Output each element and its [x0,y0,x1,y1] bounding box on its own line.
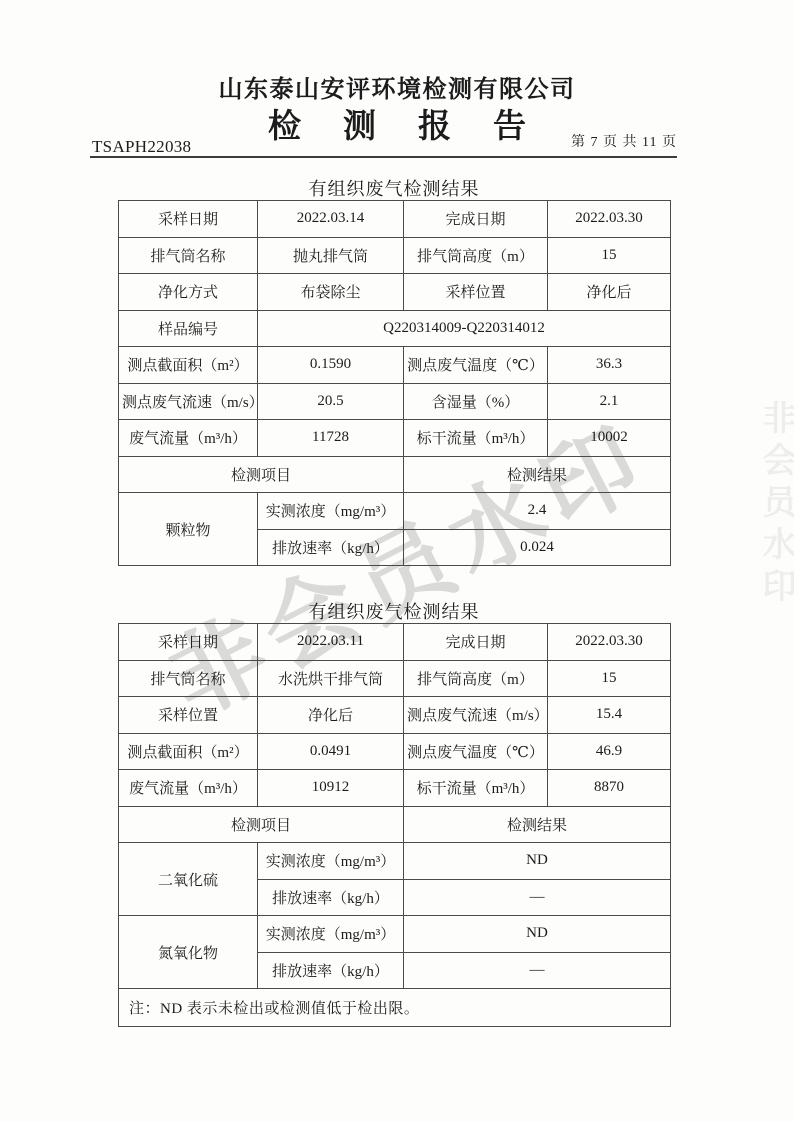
label-cell: 测点废气温度（℃） [404,347,548,384]
value-cell: 0.1590 [258,347,404,384]
organized-gas-results-table-1: 采样日期 2022.03.14 完成日期 2022.03.30 排气筒名称 抛丸… [118,200,671,566]
label-cell: 废气流量（m³/h） [119,770,258,807]
section-header-cell: 检测结果 [404,456,671,493]
value-cell: 布袋除尘 [258,274,404,311]
report-page: 非会员水印 非会员水印 山东泰山安评环境检测有限公司 检测报告 TSAPH220… [0,0,794,1122]
table-row: 采样日期 2022.03.11 完成日期 2022.03.30 [119,624,671,661]
value-cell: 净化后 [548,274,671,311]
value-cell: 15 [548,237,671,274]
organized-gas-results-table-2: 采样日期 2022.03.11 完成日期 2022.03.30 排气筒名称 水洗… [118,623,671,1027]
value-cell: 8870 [548,770,671,807]
value-cell: 水洗烘干排气筒 [258,660,404,697]
table-row: 排气筒名称 水洗烘干排气筒 排气筒高度（m） 15 [119,660,671,697]
value-cell: 46.9 [548,733,671,770]
label-cell: 测点废气温度（℃） [404,733,548,770]
label-cell: 完成日期 [404,201,548,238]
label-cell: 采样日期 [119,201,258,238]
label-cell: 测点废气流速（m/s） [119,383,258,420]
table-row: 氮氧化物 实测浓度（mg/m³） ND [119,916,671,953]
value-cell: 36.3 [548,347,671,384]
right-edge-watermark-fragment: 非会员水印 [752,400,794,610]
label-cell: 采样日期 [119,624,258,661]
merged-value-cell: 2.4 [404,493,671,530]
label-cell: 实测浓度（mg/m³） [258,493,404,530]
section-header-cell: 检测项目 [119,456,404,493]
table-row: 净化方式 布袋除尘 采样位置 净化后 [119,274,671,311]
note-cell: 注：ND 表示未检出或检测值低于检出限。 [119,989,671,1027]
value-cell: 15 [548,660,671,697]
value-cell: 净化后 [258,697,404,734]
value-cell: 20.5 [258,383,404,420]
table-row: 颗粒物 实测浓度（mg/m³） 2.4 [119,493,671,530]
table-row: 废气流量（m³/h） 10912 标干流量（m³/h） 8870 [119,770,671,807]
label-cell: 测点废气流速（m/s） [404,697,548,734]
merged-value-cell: ND [404,843,671,880]
merged-value-cell: ND [404,916,671,953]
label-cell: 标干流量（m³/h） [404,420,548,457]
label-cell: 排气筒名称 [119,660,258,697]
section-header-cell: 检测项目 [119,806,404,843]
table-row: 废气流量（m³/h） 11728 标干流量（m³/h） 10002 [119,420,671,457]
label-cell: 净化方式 [119,274,258,311]
table-row: 排气筒名称 抛丸排气筒 排气筒高度（m） 15 [119,237,671,274]
label-cell: 排放速率（kg/h） [258,879,404,916]
merged-value-cell: 0.024 [404,529,671,566]
page-number: 第 7 页 共 11 页 [90,131,677,151]
label-cell: 排气筒名称 [119,237,258,274]
label-cell: 标干流量（m³/h） [404,770,548,807]
value-cell: 抛丸排气筒 [258,237,404,274]
table1-title: 有组织废气检测结果 [118,175,670,201]
table-row: 二氧化硫 实测浓度（mg/m³） ND [119,843,671,880]
value-cell: 2022.03.11 [258,624,404,661]
header-divider [90,156,677,158]
table2-title: 有组织废气检测结果 [118,598,670,624]
table-row: 注：ND 表示未检出或检测值低于检出限。 [119,989,671,1027]
table-row: 测点截面积（m²） 0.0491 测点废气温度（℃） 46.9 [119,733,671,770]
table-row: 检测项目 检测结果 [119,806,671,843]
value-cell: 10912 [258,770,404,807]
value-cell: 15.4 [548,697,671,734]
value-cell: 2022.03.30 [548,624,671,661]
label-cell: 排放速率（kg/h） [258,529,404,566]
merged-value-cell: — [404,952,671,989]
table-row: 检测项目 检测结果 [119,456,671,493]
value-cell: 10002 [548,420,671,457]
table-row: 样品编号 Q220314009-Q220314012 [119,310,671,347]
value-cell: 2022.03.14 [258,201,404,238]
label-cell: 排放速率（kg/h） [258,952,404,989]
label-cell: 排气筒高度（m） [404,660,548,697]
company-name: 山东泰山安评环境检测有限公司 [0,69,794,104]
label-cell: 含湿量（%） [404,383,548,420]
value-cell: 0.0491 [258,733,404,770]
table-row: 采样日期 2022.03.14 完成日期 2022.03.30 [119,201,671,238]
section-header-cell: 检测结果 [404,806,671,843]
label-cell: 采样位置 [119,697,258,734]
value-cell: 2022.03.30 [548,201,671,238]
label-cell: 完成日期 [404,624,548,661]
label-cell: 实测浓度（mg/m³） [258,916,404,953]
table-row: 采样位置 净化后 测点废气流速（m/s） 15.4 [119,697,671,734]
pollutant-cell: 二氧化硫 [119,843,258,916]
value-cell: 11728 [258,420,404,457]
label-cell: 废气流量（m³/h） [119,420,258,457]
label-cell: 样品编号 [119,310,258,347]
label-cell: 采样位置 [404,274,548,311]
pollutant-cell: 颗粒物 [119,493,258,566]
table-row: 测点废气流速（m/s） 20.5 含湿量（%） 2.1 [119,383,671,420]
merged-value-cell: — [404,879,671,916]
table-row: 测点截面积（m²） 0.1590 测点废气温度（℃） 36.3 [119,347,671,384]
label-cell: 测点截面积（m²） [119,733,258,770]
merged-value-cell: Q220314009-Q220314012 [258,310,671,347]
label-cell: 排气筒高度（m） [404,237,548,274]
pollutant-cell: 氮氧化物 [119,916,258,989]
label-cell: 测点截面积（m²） [119,347,258,384]
value-cell: 2.1 [548,383,671,420]
label-cell: 实测浓度（mg/m³） [258,843,404,880]
